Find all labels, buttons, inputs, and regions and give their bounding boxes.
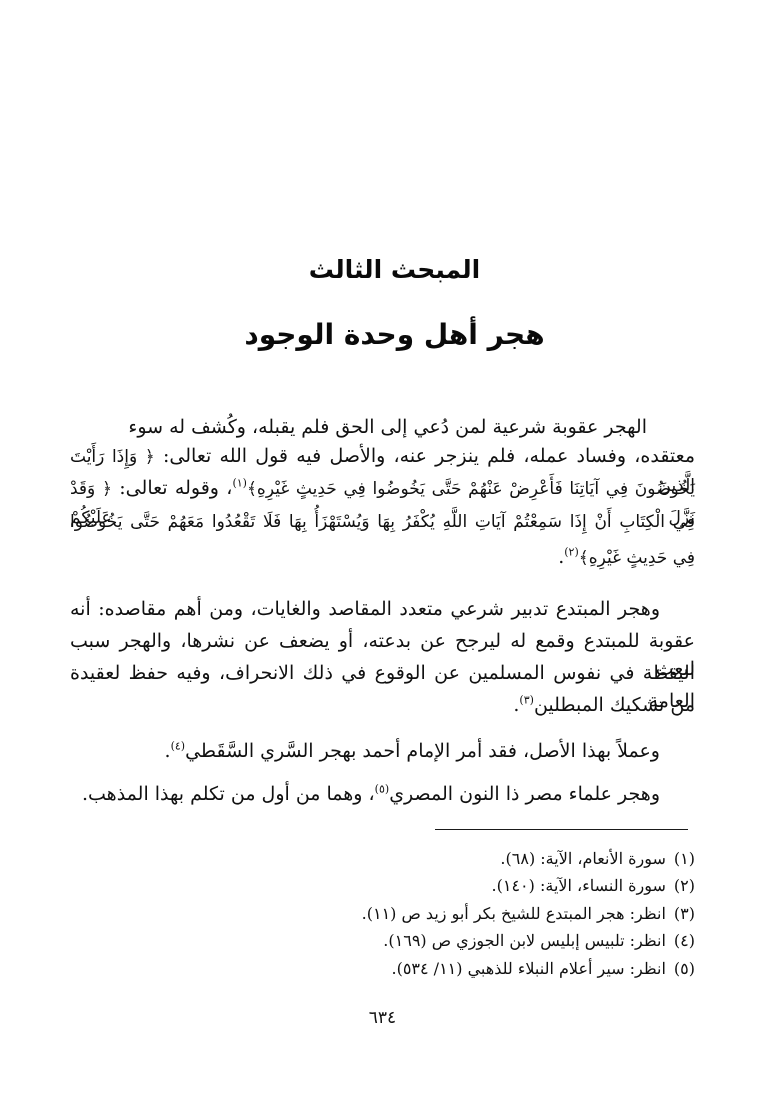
section-label: المبحث الثالث (12, 255, 765, 284)
quran-verse: فِي الْكِتَابِ أَنْ إِذَا سَمِعْتُمْ آيَ… (70, 512, 695, 532)
page-number: ٦٣٤ (0, 1008, 765, 1028)
footnote-text: انظر: هجر المبتدع للشيخ بكر أبو زيد ص (١… (362, 904, 666, 923)
footnote-number: (٤) (674, 931, 695, 950)
paragraph-1-line-5: فِي حَدِيثٍ غَيْرِهِ﴾(٢). (558, 543, 695, 572)
footnote-ref-2[interactable]: (٢) (564, 546, 579, 559)
paragraph-2-line-1: وهجر المبتدع تدبير شرعي متعدد المقاصد وا… (70, 595, 695, 623)
quran-verse: يَخُوضُونَ فِي آيَاتِنَا فَأَعْرِضْ عَنْ… (247, 479, 695, 499)
text: وهجر المبتدع تدبير شرعي متعدد المقاصد وا… (70, 595, 695, 623)
text: وعملاً بهذا الأصل، فقد أمر الإمام أحمد ب… (185, 740, 660, 762)
paragraph-4-line-1: وهجر علماء مصر ذا النون المصري(٥)، وهما … (82, 780, 660, 808)
text: معتقده، وفساد عمله، فلم ينزجر عنه، والأص… (155, 445, 695, 467)
paragraph-3-line-1: وعملاً بهذا الأصل، فقد أمر الإمام أحمد ب… (165, 737, 660, 765)
footnote-ref-4[interactable]: (٤) (171, 740, 186, 753)
section-title: هجر أهل وحدة الوجود (12, 318, 765, 351)
quran-verse: فِي حَدِيثٍ غَيْرِهِ﴾ (579, 548, 695, 568)
footnote-text: انظر: تلبيس إبليس لابن الجوزي ص (١٦٩). (383, 931, 666, 950)
footnote-5: (٥)انظر: سير أعلام النبلاء للذهبي (١١/ ٥… (391, 957, 695, 981)
footnote-number: (٢) (674, 876, 695, 895)
footnote-separator (435, 829, 688, 830)
paragraph-1-line-4: فِي الْكِتَابِ أَنْ إِذَا سَمِعْتُمْ آيَ… (70, 508, 695, 536)
paragraph-1-line-1: الهجر عقوبة شرعية لمن دُعي إلى الحق فلم … (128, 413, 647, 441)
footnote-text: سورة الأنعام، الآية: (٦٨). (500, 849, 665, 868)
footnote-number: (٥) (674, 959, 695, 978)
footnote-1: (١)سورة الأنعام، الآية: (٦٨). (500, 847, 695, 871)
footnote-ref-1[interactable]: (١) (232, 477, 247, 490)
footnote-ref-3[interactable]: (٣) (519, 694, 534, 707)
footnote-ref-5[interactable]: (٥) (375, 783, 390, 796)
footnote-4: (٤)انظر: تلبيس إبليس لابن الجوزي ص (١٦٩)… (383, 929, 695, 953)
paragraph-2-line-4: من تشكيك المبطلين(٣). (513, 691, 695, 719)
text: الهجر عقوبة شرعية لمن دُعي إلى الحق فلم … (128, 416, 647, 438)
text: من تشكيك المبطلين (534, 694, 695, 716)
footnote-2: (٢)سورة النساء، الآية: (١٤٠). (492, 874, 695, 898)
footnote-text: سورة النساء، الآية: (١٤٠). (492, 876, 666, 895)
footnote-3: (٣)انظر: هجر المبتدع للشيخ بكر أبو زيد ص… (362, 902, 695, 926)
footnote-text: انظر: سير أعلام النبلاء للذهبي (١١/ ٥٣٤)… (391, 959, 665, 978)
footnote-number: (١) (674, 849, 695, 868)
text: وهجر علماء مصر ذا النون المصري (389, 783, 660, 805)
text: ، وقوله تعالى: (112, 477, 233, 499)
text: ، وهما من أول من تكلم بهذا المذهب. (82, 783, 375, 805)
book-page: المبحث الثالث هجر أهل وحدة الوجود الهجر … (0, 0, 765, 1104)
footnote-number: (٣) (674, 904, 695, 923)
